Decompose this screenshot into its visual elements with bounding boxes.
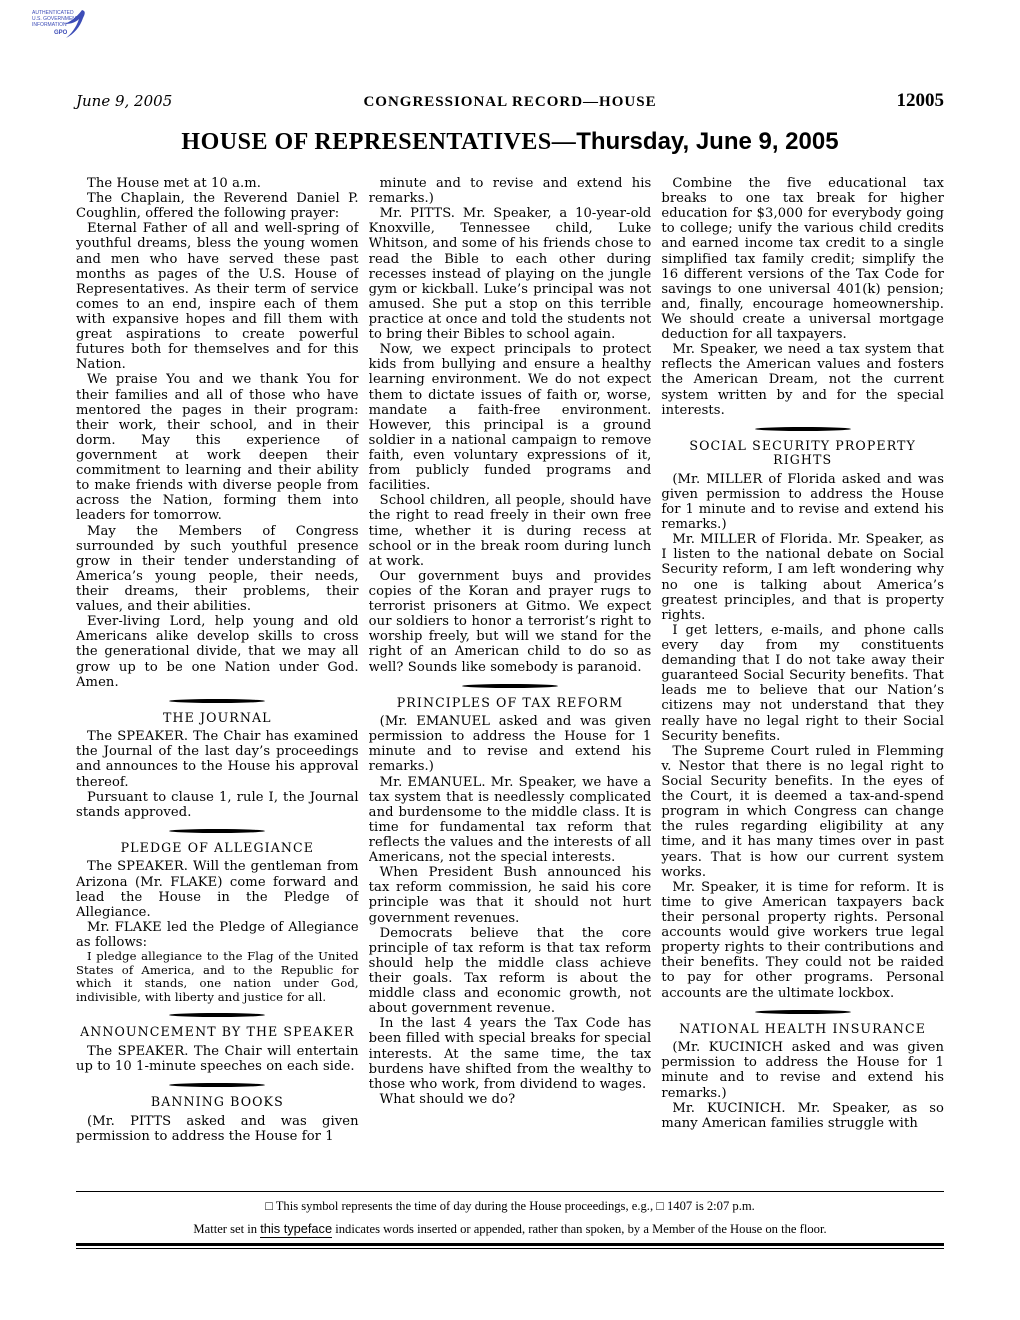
paragraph: Pursuant to clause 1, rule I, the Journa… xyxy=(76,790,359,820)
paragraph: Ever-living Lord, help young and old Ame… xyxy=(76,614,359,690)
page-title: HOUSE OF REPRESENTATIVES—Thursday, June … xyxy=(0,126,1020,156)
paragraph: Mr. MILLER of Florida. Mr. Speaker, as I… xyxy=(661,532,944,623)
column-3: Combine the five educational tax breaks … xyxy=(661,176,944,1188)
paragraph: What should we do? xyxy=(369,1092,652,1107)
paragraph: The SPEAKER. Will the gentleman from Ari… xyxy=(76,859,359,919)
divider-lens-icon xyxy=(755,427,851,431)
footnote-line-2-post: indicates words inserted or appended, ra… xyxy=(332,1222,827,1236)
column-2: minute and to revise and extend his rema… xyxy=(369,176,652,1188)
section-divider xyxy=(369,683,652,689)
paragraph: School children, all people, should have… xyxy=(369,493,652,569)
paragraph: I get letters, e-mails, and phone calls … xyxy=(661,623,944,744)
paragraph: May the Members of Congress surrounded b… xyxy=(76,524,359,615)
paragraph: I pledge allegiance to the Flag of the U… xyxy=(76,950,359,1004)
paragraph: Combine the five educational tax breaks … xyxy=(661,176,944,342)
section-heading: NATIONAL HEALTH INSURANCE xyxy=(661,1022,944,1037)
paragraph: The House met at 10 a.m. xyxy=(76,176,359,191)
text-columns: The House met at 10 a.m.The Chaplain, th… xyxy=(76,176,944,1188)
section-divider xyxy=(76,1012,359,1018)
divider-lens-icon xyxy=(755,1010,851,1014)
congressional-record-page: AUTHENTICATED U.S. GOVERNMENT INFORMATIO… xyxy=(0,0,1020,1320)
publication-title: CONGRESSIONAL RECORD—HOUSE xyxy=(363,94,656,111)
footnote-block: □ This symbol represents the time of day… xyxy=(76,1191,944,1237)
paragraph: (Mr. MILLER of Florida asked and was giv… xyxy=(661,472,944,532)
section-heading: PRINCIPLES OF TAX REFORM xyxy=(369,696,652,711)
gpo-logo-line-3: INFORMATION xyxy=(32,22,67,28)
paragraph: The SPEAKER. The Chair will entertain up… xyxy=(76,1044,359,1074)
paragraph: Mr. Speaker, it is time for reform. It i… xyxy=(661,880,944,1001)
masthead-row: June 9, 2005 CONGRESSIONAL RECORD—HOUSE … xyxy=(76,90,944,112)
section-divider xyxy=(76,698,359,704)
column-1: The House met at 10 a.m.The Chaplain, th… xyxy=(76,176,359,1188)
paragraph: Mr. EMANUEL. Mr. Speaker, we have a tax … xyxy=(369,775,652,866)
divider-lens-icon xyxy=(169,699,265,703)
divider-lens-icon xyxy=(169,1013,265,1017)
page-title-chamber: HOUSE OF REPRESENTATIVES— xyxy=(181,129,576,155)
divider-lens-icon xyxy=(169,829,265,833)
section-divider xyxy=(76,1082,359,1088)
paragraph: Our government buys and provides copies … xyxy=(369,569,652,675)
paragraph: In the last 4 years the Tax Code has bee… xyxy=(369,1016,652,1092)
footnote-line-1: □ This symbol represents the time of day… xyxy=(76,1199,944,1214)
issue-date: June 9, 2005 xyxy=(76,92,363,110)
divider-lens-icon xyxy=(462,684,558,688)
page-title-date: Thursday, June 9, 2005 xyxy=(576,128,838,155)
paragraph: Eternal Father of all and well-spring of… xyxy=(76,221,359,372)
section-heading: BANNING BOOKS xyxy=(76,1095,359,1110)
paragraph: minute and to revise and extend his rema… xyxy=(369,176,652,206)
gpo-authentication-logo: AUTHENTICATED U.S. GOVERNMENT INFORMATIO… xyxy=(24,6,102,58)
section-divider xyxy=(661,1009,944,1015)
footnote-line-2: Matter set in this typeface indicates wo… xyxy=(76,1221,944,1237)
gpo-logo-acronym: GPO xyxy=(54,30,68,36)
paragraph: Now, we expect principals to protect kid… xyxy=(369,342,652,493)
section-heading: SOCIAL SECURITY PROPERTY RIGHTS xyxy=(661,439,944,468)
paragraph: Mr. FLAKE led the Pledge of Allegiance a… xyxy=(76,920,359,950)
paragraph: The Supreme Court ruled in Flemming v. N… xyxy=(661,744,944,880)
paragraph: Mr. Speaker, we need a tax system that r… xyxy=(661,342,944,418)
paragraph: (Mr. KUCINICH asked and was given permis… xyxy=(661,1040,944,1100)
footnote-line-2-pre: Matter set in xyxy=(193,1222,260,1236)
paragraph: Mr. PITTS. Mr. Speaker, a 10-year-old Kn… xyxy=(369,206,652,342)
paragraph: Mr. KUCINICH. Mr. Speaker, as so many Am… xyxy=(661,1101,944,1131)
divider-lens-icon xyxy=(169,1083,265,1087)
paragraph: (Mr. EMANUEL asked and was given permiss… xyxy=(369,714,652,774)
section-divider xyxy=(661,426,944,432)
section-divider xyxy=(76,828,359,834)
paragraph: The Chaplain, the Reverend Daniel P. Cou… xyxy=(76,191,359,221)
paragraph: Democrats believe that the core principl… xyxy=(369,926,652,1017)
bottom-rule xyxy=(76,1243,944,1249)
paragraph: We praise You and we thank You for their… xyxy=(76,372,359,523)
page-number: 12005 xyxy=(657,90,944,112)
paragraph: When President Bush announced his tax re… xyxy=(369,865,652,925)
section-heading: THE JOURNAL xyxy=(76,711,359,726)
section-heading: PLEDGE OF ALLEGIANCE xyxy=(76,841,359,856)
paragraph: (Mr. PITTS asked and was given permissio… xyxy=(76,1114,359,1144)
typeface-sample: this typeface xyxy=(260,1221,332,1238)
section-heading: ANNOUNCEMENT BY THE SPEAKER xyxy=(76,1025,359,1040)
paragraph: The SPEAKER. The Chair has examined the … xyxy=(76,729,359,789)
